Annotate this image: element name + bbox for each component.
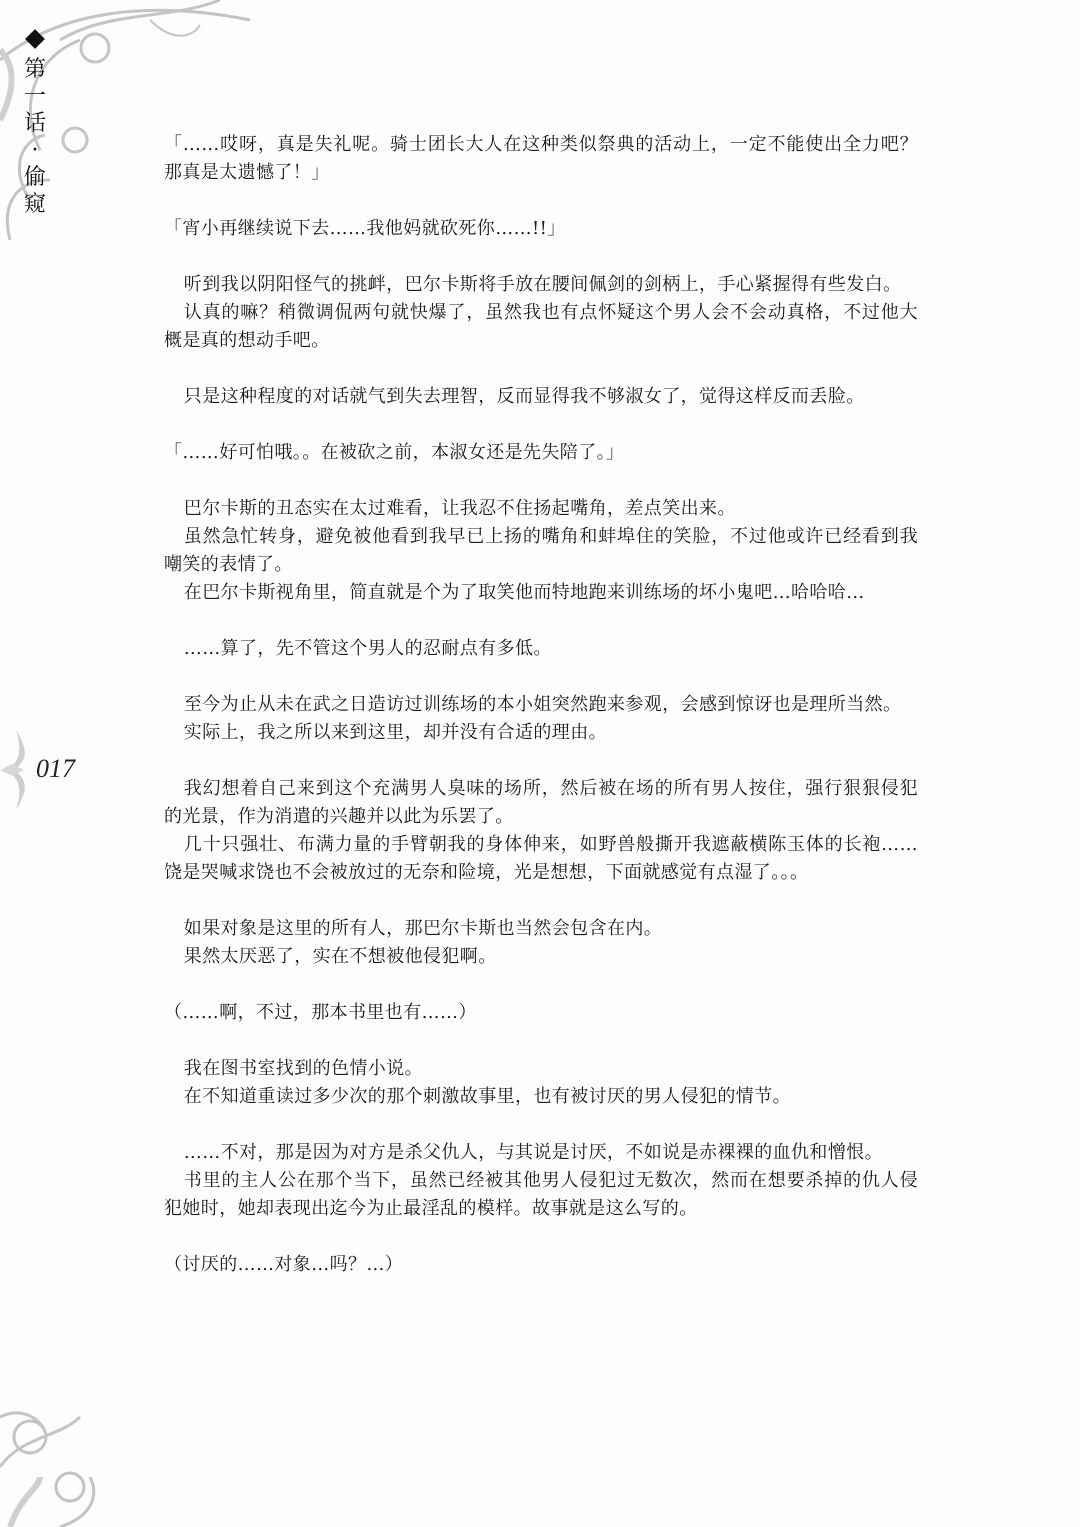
- corner-flourish-ornament-bottom: [0, 1377, 110, 1527]
- paragraph: 至今为止从未在武之日造访过训练场的本小姐突然跑来参观，会感到惊讶也是理所当然。: [164, 691, 918, 719]
- paragraph: 果然太厌恶了，实在不想被他侵犯啊。: [164, 943, 918, 971]
- chapter-title-char: 话: [24, 110, 46, 137]
- paragraph: 「……好可怕哦。。在被砍之前，本淑女还是先失陪了。」: [164, 439, 918, 467]
- paragraph: 只是这种程度的对话就气到失去理智，反而显得我不够淑女了，觉得这样反而丢脸。: [164, 383, 918, 411]
- paragraph: 实际上，我之所以来到这里，却并没有合适的理由。: [164, 719, 918, 747]
- paragraph: 虽然急忙转身，避免被他看到我早已上扬的嘴角和蚌埠住的笑脸，不过他或许已经看到我嘲…: [164, 523, 918, 579]
- paragraph: 巴尔卡斯的丑态实在太过难看，让我忍不住扬起嘴角，差点笑出来。: [164, 495, 918, 523]
- chapter-title-char: 第: [24, 56, 46, 83]
- paragraph: （讨厌的……对象…吗？…）: [164, 1251, 918, 1279]
- chapter-title-char: 窥: [24, 191, 46, 218]
- diamond-bullet-icon: [25, 29, 45, 49]
- paragraph: 「……哎呀，真是失礼呢。骑士团长大人在这种类似祭典的活动上，一定不能使出全力吧？…: [164, 131, 918, 187]
- paragraph: 听到我以阴阳怪气的挑衅，巴尔卡斯将手放在腰间佩剑的剑柄上，手心紧握得有些发白。: [164, 271, 918, 299]
- paragraph: 「宵小再继续说下去……我他妈就砍死你……!!」: [164, 215, 918, 243]
- page-number: 017: [36, 754, 75, 784]
- chapter-title-char: 一: [24, 83, 46, 110]
- paragraph: 我在图书室找到的色情小说。: [164, 1055, 918, 1083]
- page-ornament-icon: [0, 730, 40, 810]
- paragraph: 认真的嘛？稍微调侃两句就快爆了，虽然我也有点怀疑这个男人会不会动真格，不过他大概…: [164, 299, 918, 355]
- paragraph: 几十只强壮、布满力量的手臂朝我的身体伸来，如野兽般撕开我遮蔽横陈玉体的长袍……饶…: [164, 831, 918, 887]
- chapter-running-header: 第 一 话 · 偷 窥: [20, 28, 50, 218]
- paragraph: 在不知道重读过多少次的那个刺激故事里，也有被讨厌的男人侵犯的情节。: [164, 1083, 918, 1111]
- paragraph: 书里的主人公在那个当下，虽然已经被其他男人侵犯过无数次，然而在想要杀掉的仇人侵犯…: [164, 1167, 918, 1223]
- chapter-title-char: ·: [32, 137, 39, 164]
- paragraph: ……算了，先不管这个男人的忍耐点有多低。: [164, 635, 918, 663]
- paragraph: 我幻想着自己来到这个充满男人臭味的场所，然后被在场的所有男人按住，强行狠狠侵犯的…: [164, 775, 918, 831]
- paragraph: 如果对象是这里的所有人，那巴尔卡斯也当然会包含在内。: [164, 915, 918, 943]
- chapter-title-char: 偷: [24, 164, 46, 191]
- paragraph: ……不对，那是因为对方是杀父仇人，与其说是讨厌，不如说是赤裸裸的血仇和憎恨。: [164, 1139, 918, 1167]
- paragraph: 在巴尔卡斯视角里，简直就是个为了取笑他而特地跑来训练场的坏小鬼吧…哈哈哈…: [164, 579, 918, 607]
- paragraph: （……啊，不过，那本书里也有……）: [164, 999, 918, 1027]
- page-number-block: 017: [0, 730, 100, 810]
- body-text: 「……哎呀，真是失礼呢。骑士团长大人在这种类似祭典的活动上，一定不能使出全力吧？…: [164, 131, 918, 1279]
